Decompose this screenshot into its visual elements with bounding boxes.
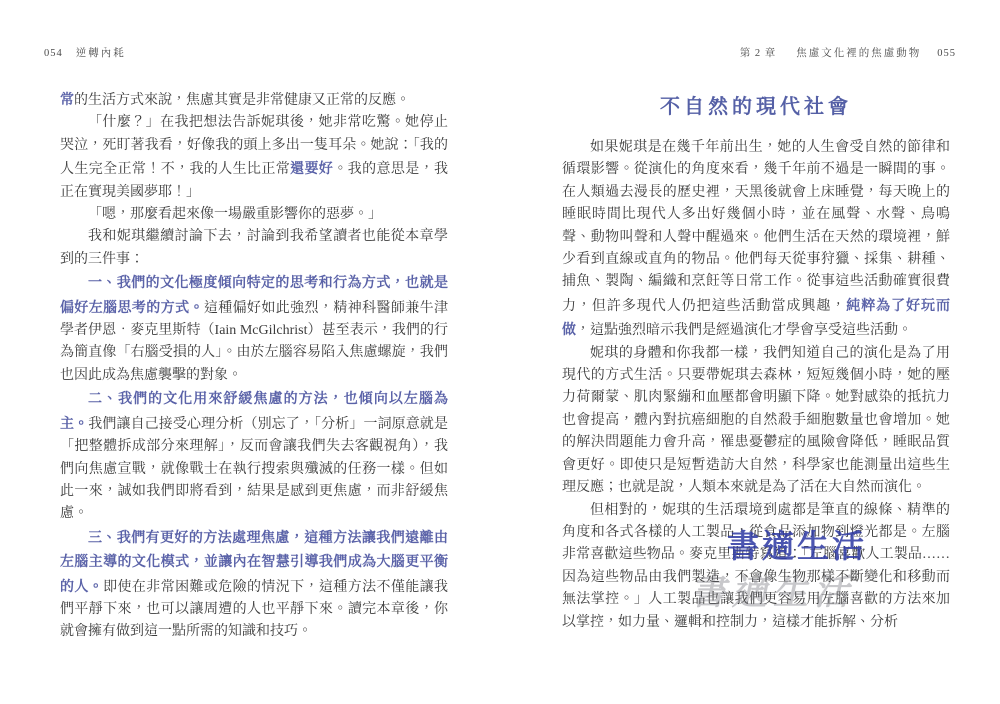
section-title: 不自然的現代社會 (562, 94, 950, 120)
paragraph: 妮琪的身體和你我都一樣，我們知道自己的演化是為了用現代的方式生活。只要帶妮琪去森… (562, 343, 950, 500)
text-segment: 即使在非常困難或危險的情況下，這種方法不僅能讓我們平靜下來，也可以讓周遭的人也平… (60, 580, 448, 640)
right-page-number: 055 (937, 48, 956, 59)
chapter-title: 焦慮文化裡的焦慮動物 (796, 48, 921, 59)
right-page: 不自然的現代社會 如果妮琪是在幾千年前出生，她的人生會受自然的節律和循環影響。從… (562, 94, 950, 634)
book-title: 逆轉內耗 (76, 48, 126, 59)
book-spread: { "header_left": { "page_number": "054",… (0, 0, 1000, 704)
text-segment: 如果妮琪是在幾千年前出生，她的人生會受自然的節律和循環影響。從演化的角度來看，幾… (562, 140, 950, 314)
left-page-number: 054 (44, 48, 63, 59)
paragraph: 常的生活方式來說，焦慮其實是非常健康又正常的反應。 (60, 88, 448, 112)
chapter-label: 第 2 章 (740, 48, 777, 59)
text-segment: 我們讓自己接受心理分析（別忘了，「分析」一詞原意就是「把整體拆成部分來理解」，反… (60, 417, 448, 522)
text-segment: 我和妮琪繼續討論下去，討論到我希望讀者也能從本章學到的三件事： (60, 229, 448, 266)
accent-text-segment: 常 (60, 91, 74, 107)
running-header-right: 第 2 章焦慮文化裡的焦慮動物055 (740, 45, 956, 60)
left-page-text: 常的生活方式來說，焦慮其實是非常健康又正常的反應。「什麼？」在我把想法告訴妮琪後… (60, 88, 448, 644)
text-segment: 「嗯，那麼看起來像一場嚴重影響你的惡夢。」 (88, 207, 382, 222)
paragraph: 二、我們的文化用來舒緩焦慮的方法，也傾向以左腦為主。我們讓自己接受心理分析（別忘… (60, 387, 448, 525)
running-header-left: 054逆轉內耗 (44, 45, 126, 60)
paragraph: 一、我們的文化極度傾向特定的思考和行為方式，也就是偏好左腦思考的方式。這種偏好如… (60, 271, 448, 387)
text-segment: 的生活方式來說，焦慮其實是非常健康又正常的反應。 (74, 93, 410, 108)
accent-text-segment: 還要好 (290, 160, 333, 176)
right-page-text: 如果妮琪是在幾千年前出生，她的人生會受自然的節律和循環影響。從演化的角度來看，幾… (562, 137, 950, 634)
paragraph: 如果妮琪是在幾千年前出生，她的人生會受自然的節律和循環影響。從演化的角度來看，幾… (562, 137, 950, 343)
paragraph: 「什麼？」在我把想法告訴妮琪後，她非常吃驚。她停止哭泣，死盯著我看，好像我的頭上… (60, 112, 448, 204)
text-segment: ，這點強烈暗示我們是經過演化才學會享受這些活動。 (576, 323, 912, 338)
paragraph: 「嗯，那麼看起來像一場嚴重影響你的惡夢。」 (60, 204, 448, 226)
paragraph: 但相對的，妮琪的生活環境到處都是筆直的線條、精準的角度和各式各樣的人工製品，從食… (562, 500, 950, 634)
paragraph: 三、我們有更好的方法處理焦慮，這種方法讓我們遠離由左腦主導的文化模式，並讓內在智… (60, 526, 448, 644)
text-segment: 但相對的，妮琪的生活環境到處都是筆直的線條、精準的角度和各式各樣的人工製品，從食… (562, 503, 950, 630)
text-segment: 妮琪的身體和你我都一樣，我們知道自己的演化是為了用現代的方式生活。只要帶妮琪去森… (562, 346, 950, 495)
paragraph: 我和妮琪繼續討論下去，討論到我希望讀者也能從本章學到的三件事： (60, 226, 448, 271)
